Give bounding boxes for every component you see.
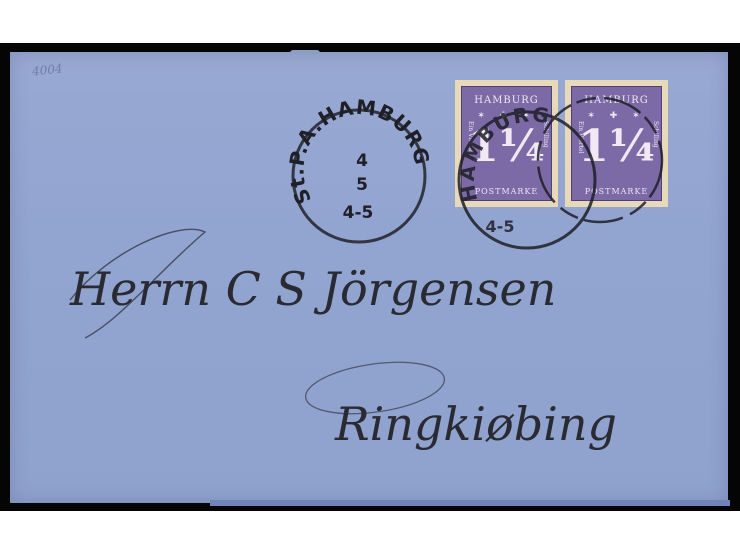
postmark-right-date: 4-5	[486, 217, 515, 236]
postmark-right: HAMBURG 4-5	[455, 98, 662, 248]
postmark-left-date-2: 5	[356, 175, 368, 195]
postmark-left-date-3: 4-5	[343, 203, 374, 223]
address-line-2: Ringkiøbing	[334, 397, 617, 451]
postmark-left-date-1: 4	[356, 151, 368, 171]
address-line-1: Herrn C S Jörgensen	[69, 262, 556, 316]
markings-overlay: St.P.A.HAMBURG 4 5 4-5 HAMBURG 4-5 Herrn…	[0, 0, 740, 557]
postmark-left: St.P.A.HAMBURG 4 5 4-5	[284, 95, 434, 242]
